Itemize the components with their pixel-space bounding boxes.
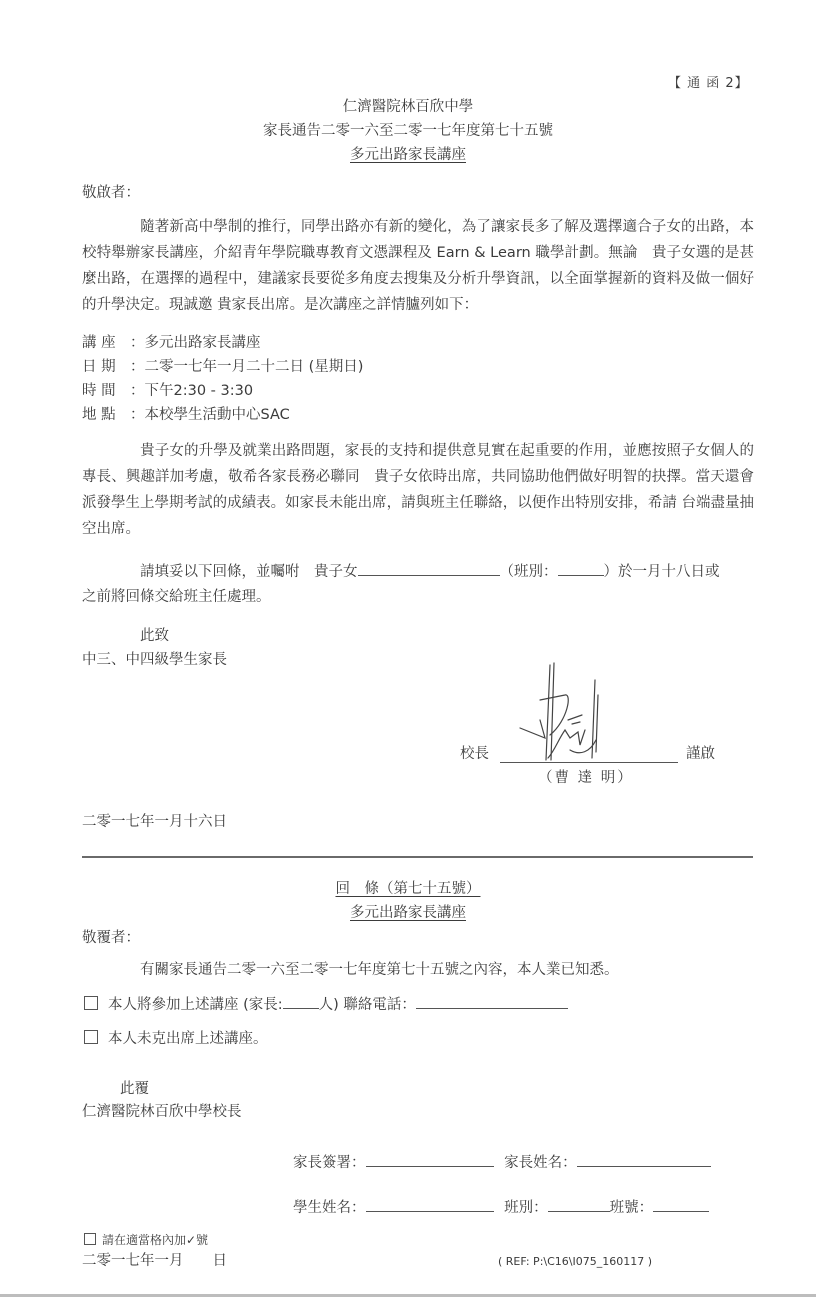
parent-signature-field[interactable] xyxy=(366,1152,494,1167)
recipient: 中三、中四級學生家長 xyxy=(82,650,227,670)
student-name-label: 學生姓名： xyxy=(293,1200,366,1216)
notice-date: 二零一七年一月十六日 xyxy=(82,812,227,832)
detail-value: 多元出路家長講座 xyxy=(145,335,261,351)
detail-label: 時 間 xyxy=(82,381,130,401)
reply-slip-title-text: 回 條（第七十五號） xyxy=(336,881,481,897)
class-number-label: 班號： xyxy=(610,1200,654,1216)
detail-date: 日 期：二零一七年一月二十二日 (星期日) xyxy=(82,357,363,377)
salutation: 敬啟者： xyxy=(82,183,140,203)
tear-off-separator xyxy=(82,856,753,858)
notice-subject-text: 多元出路家長講座 xyxy=(350,147,466,163)
parent-name-label: 家長姓名： xyxy=(504,1155,577,1171)
signature-icon xyxy=(510,660,620,765)
reply-instruction-suffix: ）於一月十八日或 xyxy=(604,564,720,580)
intro-paragraph-text: 隨著新高中學制的推行，同學出路亦有新的變化，為了讓家長多了解及選擇適合子女的出路… xyxy=(82,219,754,313)
intro-paragraph: 隨著新高中學制的推行，同學出路亦有新的變化，為了讓家長多了解及選擇適合子女的出路… xyxy=(82,214,754,318)
signer-name: （曹 達 明） xyxy=(538,768,634,788)
school-name: 仁濟醫院林百欣中學 xyxy=(0,97,816,117)
option-attend-label: 本人將參加上述講座 (家長: xyxy=(108,997,283,1013)
signer-suffix: 謹啟 xyxy=(686,744,715,764)
class-field[interactable] xyxy=(548,1197,610,1212)
reply-slip-title: 回 條（第七十五號） xyxy=(0,879,816,899)
class-number-field[interactable] xyxy=(653,1197,709,1212)
support-paragraph: 貴子女的升學及就業出路問題，家長的支持和提供意見實在起重要的作用，並應按照子女個… xyxy=(82,438,754,542)
parent-signature-row: 家長簽署： 家長姓名： xyxy=(293,1152,711,1173)
option-attend: 本人將參加上述講座 (家長:人) 聯絡電話： xyxy=(84,994,568,1015)
reference-code: ( REF: P:\C16\I075_160117 ) xyxy=(498,1252,652,1272)
reply-date: 二零一七年一月 日 xyxy=(82,1251,227,1271)
student-name-field[interactable] xyxy=(366,1197,494,1212)
attend-checkbox[interactable] xyxy=(84,996,98,1010)
reply-instruction-line1: 請填妥以下回條，並囑咐 貴子女（班別：）於一月十八日或 xyxy=(82,561,720,582)
notice-badge: 【 通 函 2】 xyxy=(668,74,749,94)
parent-count-field[interactable] xyxy=(283,994,319,1009)
option-decline-label: 本人未克出席上述講座。 xyxy=(108,1031,268,1047)
acknowledgement: 有關家長通告二零一六至二零一七年度第七十五號之內容，本人業已知悉。 xyxy=(140,960,619,980)
detail-label: 地 點 xyxy=(82,405,130,425)
parent-signature-label: 家長簽署： xyxy=(293,1155,366,1171)
detail-time: 時 間：下午2:30 - 3:30 xyxy=(82,381,253,401)
detail-topic: 講 座：多元出路家長講座 xyxy=(82,333,261,353)
tick-note: 請在適當格內加✓號 xyxy=(84,1230,208,1250)
reply-instruction-line2: 之前將回條交給班主任處理。 xyxy=(82,587,271,607)
reply-slip-subject-text: 多元出路家長講座 xyxy=(350,905,466,921)
tick-note-text: 請在適當格內加✓號 xyxy=(102,1233,208,1247)
detail-value: 二零一七年一月二十二日 (星期日) xyxy=(145,359,364,375)
detail-value: 下午2:30 - 3:30 xyxy=(145,383,254,399)
reply-instruction-prefix: 請填妥以下回條，並囑咐 貴子女 xyxy=(140,564,358,580)
student-name-blank xyxy=(358,561,500,576)
support-paragraph-text: 貴子女的升學及就業出路問題，家長的支持和提供意見實在起重要的作用，並應按照子女個… xyxy=(82,443,754,537)
phone-label: 人) 聯絡電話： xyxy=(319,997,416,1013)
parent-name-field[interactable] xyxy=(577,1152,711,1167)
reply-recipient: 仁濟醫院林百欣中學校長 xyxy=(82,1102,242,1122)
decline-checkbox[interactable] xyxy=(84,1030,98,1044)
detail-value: 本校學生活動中心SAC xyxy=(145,407,290,423)
notice-subject: 多元出路家長講座 xyxy=(0,145,816,165)
class-blank xyxy=(558,561,604,576)
reply-slip-subject: 多元出路家長講座 xyxy=(0,903,816,923)
detail-label: 日 期 xyxy=(82,357,130,377)
phone-field[interactable] xyxy=(416,994,568,1009)
closing: 此致 xyxy=(140,626,169,646)
notice-number: 家長通告二零一六至二零一七年度第七十五號 xyxy=(0,121,816,141)
student-info-row: 學生姓名： 班別：班號： xyxy=(293,1197,709,1218)
option-decline: 本人未克出席上述講座。 xyxy=(84,1029,268,1049)
signer-label: 校長 xyxy=(460,744,489,764)
detail-label: 講 座 xyxy=(82,333,130,353)
reply-salutation: 敬覆者： xyxy=(82,928,140,948)
class-label: （班別： xyxy=(500,564,558,580)
note-checkbox-icon xyxy=(84,1233,96,1245)
reply-closing: 此覆 xyxy=(120,1079,149,1099)
class-label: 班別： xyxy=(504,1200,548,1216)
detail-venue: 地 點：本校學生活動中心SAC xyxy=(82,405,290,425)
